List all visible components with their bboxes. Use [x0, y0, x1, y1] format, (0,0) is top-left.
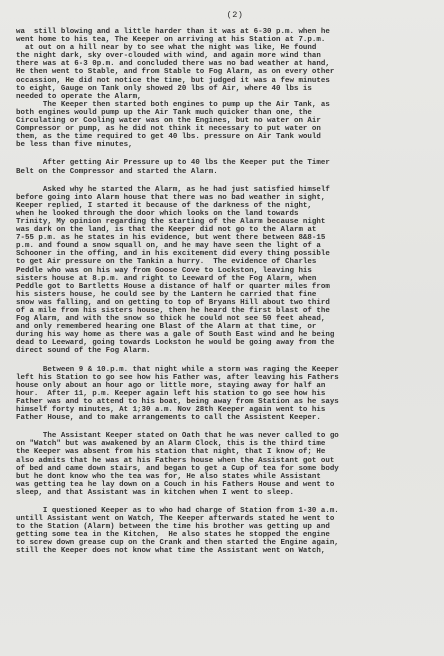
text-line: sleep, and that Assistant was in kitchen… [16, 489, 434, 497]
text-line: the Keeper was absent from his station t… [16, 448, 434, 456]
text-line: direct sound of the Fog Alarm. [16, 347, 434, 355]
paragraph: I questioned Keeper as to who had charge… [16, 507, 434, 556]
text-line: wa still blowing and a little harder tha… [16, 28, 434, 36]
text-line: Peddle got to Bartletts House a distance… [16, 283, 434, 291]
paragraph: After getting Air Pressure up to 40 lbs … [16, 159, 434, 175]
text-line: getting some tea in the Kitchen, He also… [16, 531, 434, 539]
text-line: was dark on the land, is that the Keeper… [16, 226, 434, 234]
text-line: when he looked through the door which lo… [16, 210, 434, 218]
text-line: house only about an hour ago or little m… [16, 382, 434, 390]
text-line: hour. After 11, p.m. Keeper again left h… [16, 390, 434, 398]
text-line: on "Watch" but was awakened by an Alarm … [16, 440, 434, 448]
document-body: wa still blowing and a little harder tha… [16, 28, 434, 556]
text-line: there was at 6-3 0p.m. and concluded the… [16, 60, 434, 68]
text-line: The Assistant Keeper stated on Oath that… [16, 432, 434, 440]
page-number: (2) [16, 10, 434, 20]
text-line: to screw down grease cup on the Crank an… [16, 539, 434, 547]
text-line: Keeper replied, I started it because of … [16, 202, 434, 210]
text-line: Between 9 & 10.p.m. that night while a s… [16, 366, 434, 374]
text-line: his sisters house, he could see by the L… [16, 291, 434, 299]
text-line: sisters house at 8.p.m. and right to Lee… [16, 275, 434, 283]
text-line: Compressor or pump, as he did not think … [16, 125, 434, 133]
text-line: left his Station to go see how his Fathe… [16, 374, 434, 382]
text-line: dead to Leeward, going towards Lockston … [16, 339, 434, 347]
text-line: was getting tea he lay down on a Couch i… [16, 481, 434, 489]
text-line: I questioned Keeper as to who had charge… [16, 507, 434, 515]
text-line: Father House, and to make arrangements t… [16, 414, 434, 422]
text-line: both engines would pump up the Air Tank … [16, 109, 434, 117]
text-line: of bed and came down stairs, and began t… [16, 465, 434, 473]
text-line: After getting Air Pressure up to 40 lbs … [16, 159, 434, 167]
text-line: be less than five minutes, [16, 141, 434, 149]
text-line: to eight, Gauge on Tank only showed 20 l… [16, 85, 434, 93]
text-line: of a mile from his sisters house, then h… [16, 307, 434, 315]
text-line: snow was falling, and on getting to top … [16, 299, 434, 307]
text-line: Asked why he started the Alarm, as he ha… [16, 186, 434, 194]
paragraph: wa still blowing and a little harder tha… [16, 28, 434, 149]
text-line: still the Keeper does not know what time… [16, 547, 434, 555]
text-line: to get Air pressure on the Tankin a hurr… [16, 258, 434, 266]
text-line: went home to his tea, The Keeper on arri… [16, 36, 434, 44]
text-line: Peddle who was on his way from Goose Cov… [16, 267, 434, 275]
text-line: He then went to Stable, and from Stable … [16, 68, 434, 76]
text-line: The Keeper then started both engines to … [16, 101, 434, 109]
document-page: (2) wa still blowing and a little harder… [0, 0, 444, 656]
text-line: at out on a hill near by to see what the… [16, 44, 434, 52]
paragraph: Asked why he started the Alarm, as he ha… [16, 186, 434, 356]
text-line: himself forty minutes, At 1;30 a.m. Nov … [16, 406, 434, 414]
text-line: p.m. and found a snow squall on, and he … [16, 242, 434, 250]
paragraph: Between 9 & 10.p.m. that night while a s… [16, 366, 434, 423]
text-line: before going into Alarm house that there… [16, 194, 434, 202]
text-line: Schooner in the offing, and in his excit… [16, 250, 434, 258]
text-line: Trinity, My opinion regarding the starti… [16, 218, 434, 226]
text-line: Fog Alarm, and with the snow so thick he… [16, 315, 434, 323]
paragraph: The Assistant Keeper stated on Oath that… [16, 432, 434, 497]
text-line: the night dark, sky over-clouded with wi… [16, 52, 434, 60]
text-line: and only remembered hearing one Blast of… [16, 323, 434, 331]
text-line: during his way home as there was a gale … [16, 331, 434, 339]
text-line: 7-55 p.m. as he states in his evidence, … [16, 234, 434, 242]
text-line: Belt on the Compressor and started the A… [16, 168, 434, 176]
text-line: needed to operate the Alarm, [16, 93, 434, 101]
text-line: untill Assistant went on Watch, The Keep… [16, 515, 434, 523]
text-line: them, as the time required to get 40 lbs… [16, 133, 434, 141]
text-line: occassion, He did not notice the time, b… [16, 77, 434, 85]
text-line: Father was and to attend to his boat, be… [16, 398, 434, 406]
text-line: but he dont know who the tea was for, He… [16, 473, 434, 481]
text-line: also admits that he was at his Fathers h… [16, 457, 434, 465]
text-line: to the Station (Alarm) between the time … [16, 523, 434, 531]
text-line: Circulating or Cooling water was on the … [16, 117, 434, 125]
